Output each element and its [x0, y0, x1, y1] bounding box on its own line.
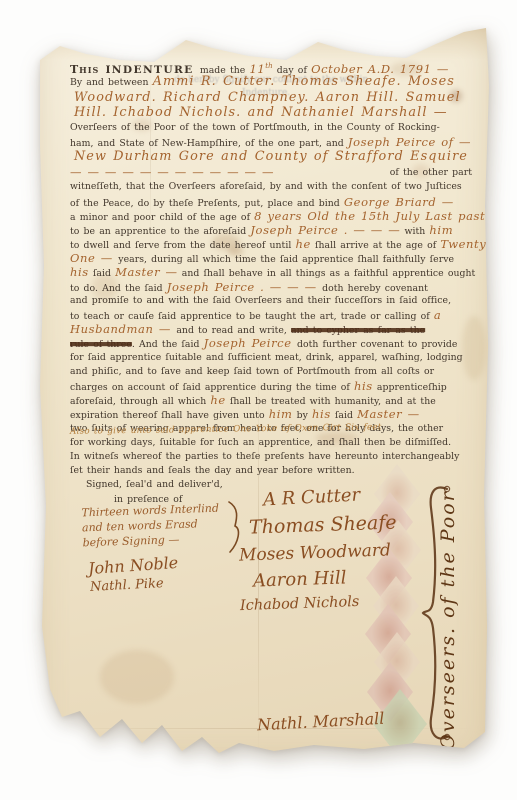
handwritten-insertion: Husbandman — — [70, 322, 176, 336]
handwritten-insertion: Joseph Peirce of — — [348, 135, 471, 149]
printed-text: aforeſaid, through all which — [70, 396, 210, 407]
signature-aaron-hill: Aaron Hill — [253, 567, 347, 591]
witness-annotation: Thirteen words Interlindand ten words Er… — [81, 501, 220, 551]
printed-text: ſet their hands and ſeals the day and ye… — [70, 465, 355, 476]
document-line: to be an apprentice to the aforeſaid Jos… — [70, 223, 474, 237]
signature-ichabod-nichols: Ichabod Nichols — [240, 594, 360, 614]
handwritten-insertion: he — [296, 237, 311, 251]
handwritten-insertion: Master — — [357, 407, 420, 421]
struck-out-text: rule of three — [70, 339, 132, 350]
document-line: By and between Ammi R. Cutter. Thomas Sh… — [70, 74, 474, 90]
handwritten-insertion: his — [354, 379, 373, 393]
paper-edge-toning — [34, 26, 492, 60]
handwritten-insertion: his — [312, 407, 331, 421]
document-line: Overſeers of the Poor of the town of Por… — [70, 121, 474, 135]
printed-text: to be an apprentice to the aforeſaid — [70, 226, 250, 237]
handwritten-insertion: Woodward. Richard Champney. Aaron Hill. … — [74, 90, 461, 105]
printed-text: with — [400, 226, 429, 237]
document-line: for ſaid apprentice ſuitable and ſuffici… — [70, 351, 474, 365]
stain — [100, 650, 174, 704]
printed-text: . And the ſaid — [132, 339, 204, 350]
signature-nathaniel-marshall: Nathl. Marshall — [257, 709, 385, 735]
printed-text: Overſeers of the Poor of the town of Por… — [70, 122, 440, 133]
handwritten-insertion: Twenty — [440, 237, 486, 251]
printed-text: to teach or cauſe ſaid apprentice to be … — [70, 311, 434, 322]
document-line: expiration thereof ſhall have given unto… — [70, 407, 474, 421]
document-line: his ſaid Master — and ſhall behave in al… — [70, 265, 474, 279]
handwritten-insertion: Hill. Ichabod Nichols. and Nathaniel Mar… — [74, 105, 448, 120]
printed-text: and promiſe to and with the ſaid Overſee… — [70, 295, 451, 306]
printed-text: and phiſic, and to ſave and keep ſaid to… — [70, 366, 434, 377]
printed-text: expiration thereof ſhall have given unto — [70, 410, 269, 421]
signature-nathaniel-pike: Nathl. Pike — [90, 576, 164, 595]
printed-text: of the Peace, do by theſe Preſents, put,… — [70, 198, 344, 209]
handwritten-insertion: Joseph Peirce . — — — — [250, 223, 400, 237]
signature-john-noble: John Noble — [87, 553, 178, 578]
document-line: New Durham Gore and County of Strafford … — [70, 149, 474, 165]
struck-out-text: and to cypher as far as the — [291, 325, 425, 336]
paper-sheet: do hereby ſignify our conſent to the wit… — [34, 26, 492, 766]
document-line: witneſſeth, that the Overſeers aforeſaid… — [70, 180, 474, 194]
handwritten-insertion: him — [429, 223, 453, 237]
document-line: charges on account of ſaid apprentice du… — [70, 379, 474, 393]
handwritten-insertion: 8 years Old the 15th July Last past — [254, 209, 485, 223]
document-line: for working days, ſuitable for ſuch an a… — [70, 436, 474, 450]
printed-text: for ſaid apprentice ſuitable and ſuffici… — [70, 352, 463, 363]
printed-text: In witneſs whereof the parties to theſe … — [70, 451, 459, 462]
handwritten-insertion: Joseph Peirce — [204, 336, 297, 350]
printed-text: of the other part — [390, 165, 472, 181]
document-line: Hill. Ichabod Nichols. and Nathaniel Mar… — [70, 105, 474, 121]
handwritten-insertion: he — [210, 393, 225, 407]
printed-text: a minor and poor child of the age of — [70, 212, 254, 223]
document-line: — — — — — — — — — — — —of the other part — [70, 165, 474, 181]
document-line: rule of three. And the ſaid Joseph Peirc… — [70, 336, 474, 350]
printed-text: and to read and write, — [176, 325, 291, 336]
printed-text: and ſhall behave in all things as a fait… — [178, 268, 476, 279]
printed-text: ſhall be treated with humanity, and at t… — [226, 396, 436, 407]
printed-text: apprenticeſhip — [373, 382, 447, 393]
printed-text: By and between — [70, 77, 153, 88]
handwritten-insertion: th — [265, 62, 272, 70]
document-line: ſet their hands and ſeals the day and ye… — [70, 464, 474, 478]
handwritten-insertion: Ammi R. Cutter. Thomas Sheafe. Moses — [153, 74, 455, 89]
document-line: Husbandman — and to read and write, and … — [70, 322, 474, 336]
handwritten-insertion: a — [434, 308, 441, 322]
printed-text: ſhall arrive at the age of — [311, 240, 440, 251]
printed-text: ſaid — [331, 410, 357, 421]
document-line: a minor and poor child of the age of 8 y… — [70, 209, 474, 223]
photo-background: do hereby ſignify our conſent to the wit… — [0, 0, 517, 800]
printed-text: doth hereby covenant — [322, 283, 428, 294]
printed-text: by — [293, 410, 313, 421]
side-label-overseers: Overseers. of the Poor — [437, 490, 459, 749]
document-line: This INDENTURE made the 11th day of Octo… — [70, 58, 474, 74]
handwritten-insertion: New Durham Gore and County of Strafford … — [74, 149, 468, 164]
handwritten-insertion: — — — — — — — — — — — — — [70, 165, 274, 181]
printed-text: Signed, ſeal'd and deliver'd, — [86, 479, 223, 490]
signature-moses-woodward: Moses Woodward — [239, 540, 392, 565]
printed-text: years, during all which time the ſaid ap… — [118, 254, 454, 265]
document-line: and phiſic, and to ſave and keep ſaid to… — [70, 365, 474, 379]
printed-text: to dwell and ſerve from the date hereof … — [70, 240, 296, 251]
printed-text: ham, and State of New-Hampſhire, of the … — [70, 138, 348, 149]
printed-text: ſaid — [89, 268, 115, 279]
printed-text: for working days, ſuitable for ſuch an a… — [70, 437, 451, 448]
handwritten-insertion: him — [269, 407, 293, 421]
printed-text: charges on account of ſaid apprentice du… — [70, 382, 354, 393]
document-line: ham, and State of New-Hampſhire, of the … — [70, 135, 474, 149]
printed-text: doth further covenant to provide — [297, 339, 457, 350]
document-line: to dwell and ſerve from the date hereof … — [70, 237, 474, 251]
printed-text: to do. And the ſaid — [70, 283, 167, 294]
handwritten-insertion: One — — [70, 251, 118, 265]
handwritten-insertion: Joseph Peirce . — — — — [167, 280, 322, 294]
signature-thomas-sheafe: Thomas Sheafe — [249, 511, 397, 538]
document-line: Woodward. Richard Champney. Aaron Hill. … — [70, 90, 474, 106]
document-line: and promiſe to and with the ſaid Overſee… — [70, 294, 474, 308]
handwritten-insertion: Master — — [115, 265, 178, 279]
document-body: This INDENTURE made the 11th day of Octo… — [70, 58, 474, 507]
document-line: In witneſs whereof the parties to theſe … — [70, 450, 474, 464]
document-line: aforeſaid, through all which he ſhall be… — [70, 393, 474, 407]
printed-text: witneſſeth, that the Overſeers aforeſaid… — [70, 181, 462, 192]
document-line: to teach or cauſe ſaid apprentice to be … — [70, 308, 474, 322]
document-line: to do. And the ſaid Joseph Peirce . — — … — [70, 280, 474, 294]
handwritten-insertion: his — [70, 265, 89, 279]
handwritten-insertion: George Briard — — [344, 195, 454, 209]
document-line: of the Peace, do by theſe Preſents, put,… — [70, 195, 474, 209]
indenture-document: do hereby ſignify our conſent to the wit… — [34, 26, 492, 766]
document-line: One — years, during all which time the ſ… — [70, 251, 474, 265]
